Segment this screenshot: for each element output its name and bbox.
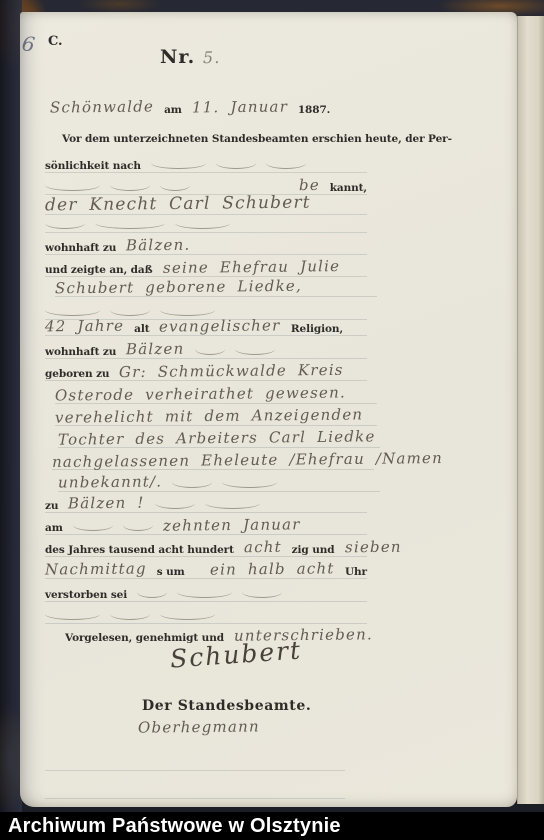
book-binding-edge (0, 0, 22, 812)
intro-line-1: Vor dem unterzeichneten Standesbeamten e… (62, 128, 452, 146)
dash-stroke (45, 222, 85, 229)
intro-text-1: Vor dem unterzeichneten Standesbeamten e… (62, 133, 452, 145)
record-number-label: Nr. (160, 46, 195, 68)
parents-value-2: nachgelassenen Eheleute /Ehefrau /Namen (52, 449, 443, 471)
am-label: am (164, 104, 182, 116)
parents-value-1: Tochter des Arbeiters Carl Liedke (58, 427, 376, 448)
religion-label: Religion, (291, 323, 343, 335)
dash-stroke (235, 348, 275, 355)
death-year-label: des Jahres tausend acht hundert (45, 544, 234, 556)
page-number: 6 (20, 31, 37, 57)
dash-stroke (195, 348, 225, 355)
age-value: 42 Jahre (45, 317, 124, 336)
death-um-label: s um (157, 566, 185, 578)
day-month-handwritten: 11. Januar (192, 97, 288, 116)
birthplace-value-2: Osterode verheirathet gewesen. (55, 383, 346, 404)
residence-line-1: wohnhaft zu Bälzen. (45, 234, 367, 255)
death-date-line: am zehnten Januar (45, 514, 367, 535)
birthplace-line-2: Osterode verheirathet gewesen. (55, 383, 377, 404)
deceased-label: verstorben sei (45, 589, 127, 601)
death-place-line: zu Bälzen ! (45, 492, 367, 513)
dash-stroke (177, 591, 232, 598)
intro-text-2: sönlichkeit nach (45, 160, 141, 172)
notice-line-1: und zeigte an, daß seine Ehefrau Julie (45, 256, 367, 277)
year-printed: 1887. (298, 104, 330, 116)
death-zig-label: zig und (292, 544, 335, 556)
archive-banner: Archiwum Państwowe w Olsztynie (0, 812, 544, 840)
empty-rule-line (45, 750, 345, 771)
death-year-line: des Jahres tausend acht hundert acht zig… (45, 536, 367, 557)
dash-stroke (73, 524, 113, 531)
parents-line-2: nachgelassenen Eheleute /Ehefrau /Namen (52, 449, 374, 470)
dash-stroke (151, 162, 206, 169)
blank-dash-line (45, 603, 367, 624)
death-am-label: am (45, 522, 63, 534)
parents-line-3: unbekannt/. (58, 471, 380, 492)
register-page: 6 C. Nr. 5. Schönwalde am 11. Januar 188… (20, 12, 517, 807)
notice-label: und zeigte an, daß (45, 264, 153, 276)
dash-stroke (266, 162, 306, 169)
dash-stroke (205, 502, 260, 509)
religion-value: evangelischer (159, 316, 281, 335)
dash-stroke (45, 613, 100, 620)
age-label: alt (134, 323, 149, 335)
death-year-tens: acht (244, 538, 282, 556)
dash-stroke (123, 524, 153, 531)
archive-banner-text: Archiwum Państwowe w Olsztynie (0, 812, 544, 840)
dash-stroke (155, 502, 195, 509)
archive-scan: 6 C. Nr. 5. Schönwalde am 11. Januar 188… (0, 0, 544, 840)
death-time-value: ein halb acht (210, 559, 335, 578)
residence-line-2: wohnhaft zu Bälzen (45, 338, 367, 359)
place-handwritten: Schönwalde (50, 97, 154, 116)
corner-letter: C. (48, 34, 62, 49)
dash-stroke (172, 481, 212, 488)
empty-rule-line (45, 778, 345, 799)
death-place-label: zu (45, 500, 58, 512)
registrar-title: Der Standesbeamte. (142, 698, 311, 714)
death-place-value: Bälzen ! (68, 494, 145, 513)
residence-value: Bälzen. (126, 236, 191, 255)
residence-label: wohnhaft zu (45, 346, 116, 358)
parents-value-3: unbekannt/. (58, 472, 162, 491)
marriage-line: verehelicht mit dem Anzeigenden (55, 405, 377, 426)
record-number-line: Nr. 5. (160, 46, 221, 68)
dash-stroke (242, 591, 282, 598)
date-line: Schönwalde am 11. Januar 1887. (50, 96, 372, 116)
death-daypart-value: Nachmittag (45, 559, 147, 578)
death-year-ones: sieben (344, 538, 401, 557)
birthplace-label: geboren zu (45, 368, 109, 380)
dash-stroke (175, 222, 230, 229)
dash-stroke (216, 162, 256, 169)
marriage-value: verehelicht mit dem Anzeigenden (55, 405, 363, 426)
dash-stroke (160, 613, 215, 620)
death-time-line: Nachmittag s um ein halb acht Uhr (45, 558, 367, 579)
intro-line-2: sönlichkeit nach (45, 152, 367, 173)
birthplace-value-1: Gr: Schmückwalde Kreis (119, 361, 344, 381)
dash-stroke (95, 222, 165, 229)
birthplace-line-1: geboren zu Gr: Schmückwalde Kreis (45, 360, 367, 381)
dash-stroke (110, 613, 150, 620)
dash-stroke (222, 481, 277, 488)
residence-label: wohnhaft zu (45, 242, 116, 254)
dash-stroke (137, 591, 167, 598)
notice-line-2: Schubert geborene Liedke, (55, 276, 377, 297)
record-number-value: 5. (203, 48, 221, 67)
blank-dash-line (45, 212, 367, 233)
age-religion-line: 42 Jahre alt evangelischer Religion, (45, 315, 367, 336)
parents-line-1: Tochter des Arbeiters Carl Liedke (58, 427, 380, 448)
notice-value-2: Schubert geborene Liedke, (55, 277, 302, 298)
residence-value: Bälzen (126, 340, 185, 359)
death-day-value: zehnten Januar (163, 515, 301, 534)
deceased-line: verstorben sei (45, 581, 367, 602)
registrar-signature: Oberhegmann (138, 717, 260, 736)
uhr-label: Uhr (345, 566, 367, 578)
next-page-edge (517, 16, 544, 804)
notice-value-1: seine Ehefrau Julie (162, 257, 339, 277)
